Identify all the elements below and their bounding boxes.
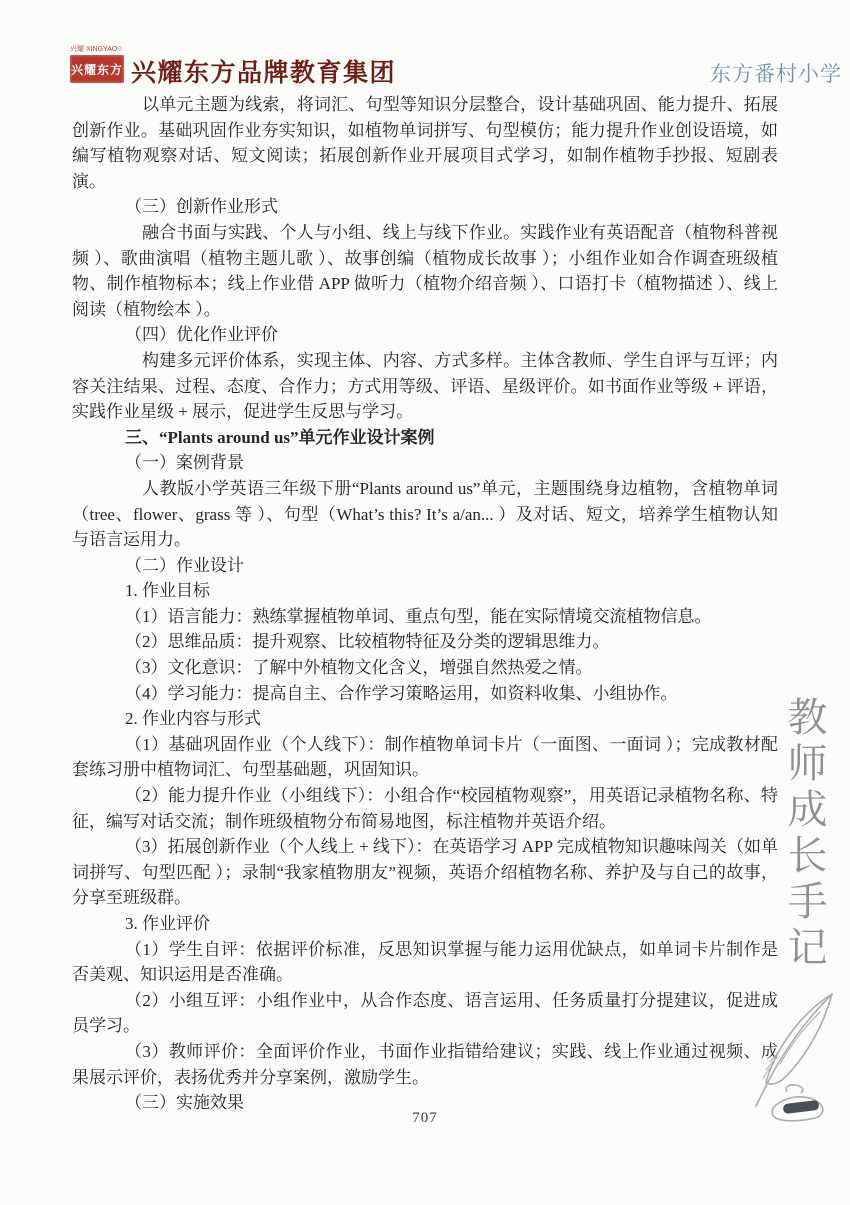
paragraph: 2. 作业内容与形式 <box>72 706 778 732</box>
seal-brand-text: 兴耀 XINGYAO <box>70 46 117 53</box>
quill-ink-icon <box>740 990 846 1128</box>
paragraph: （1）学生自评：依据评价标准，反思知识掌握与能力运用优缺点，如单词卡片制作是否美… <box>72 937 778 988</box>
company-seal-logo: 兴耀 XINGYAO® 兴耀东方 <box>70 46 130 92</box>
section-heading: 三、“Plants around us”单元作业设计案例 <box>72 425 778 451</box>
section-heading: （一）案例背景 <box>72 450 778 476</box>
school-name: 东方番村小学 <box>710 58 842 88</box>
section-heading: （二）作业设计 <box>72 553 778 579</box>
paragraph: 人教版小学英语三年级下册“Plants around us”单元，主题围绕身边植… <box>72 476 778 553</box>
paragraph: （4）学习能力：提高自主、合作学习策略运用，如资料收集、小组协作。 <box>72 681 778 707</box>
seal-brand-small: 兴耀 XINGYAO® <box>70 46 130 54</box>
paragraph: 构建多元评价体系，实现主体、内容、方式多样。主体含教师、学生自评与互评；内容关注… <box>72 348 778 425</box>
paragraph: （2）小组互评：小组作业中，从合作态度、语言运用、任务质量打分提建议，促进成员学… <box>72 988 778 1039</box>
section-heading: （四）优化作业评价 <box>72 322 778 348</box>
paragraph: 融合书面与实践、个人与小组、线上与线下作业。实践作业有英语配音（植物科普视频 ）… <box>72 220 778 322</box>
paragraph: （2）能力提升作业（小组线下）：小组合作“校园植物观察”，用英语记录植物名称、特… <box>72 783 778 834</box>
paragraph: （3）拓展创新作业（个人线上 + 线下）：在英语学习 APP 完成植物知识趣味闯… <box>72 834 778 911</box>
paragraph: 3. 作业评价 <box>72 911 778 937</box>
paragraph: （3）文化意识：了解中外植物文化含义，增强自然热爱之情。 <box>72 655 778 681</box>
vertical-calligraphy-note: 教师成长手记 <box>776 696 833 986</box>
paragraph: 1. 作业目标 <box>72 578 778 604</box>
paragraph: （1）基础巩固作业（个人线下）：制作植物单词卡片（一面图、一面词 ）；完成教材配… <box>72 732 778 783</box>
paragraph: （1）语言能力：熟练掌握植物单词、重点句型，能在实际情境交流植物信息。 <box>72 604 778 630</box>
document-page: 兴耀 XINGYAO® 兴耀东方 兴耀东方品牌教育集团 东方番村小学 以单元主题… <box>0 0 850 1205</box>
paragraph: （2）思维品质：提升观察、比较植物特征及分类的逻辑思维力。 <box>72 629 778 655</box>
paragraph: （3）教师评价：全面评价作业，书面作业指错给建议；实践、线上作业通过视频、成果展… <box>72 1039 778 1090</box>
section-heading: （三）创新作业形式 <box>72 194 778 220</box>
registered-trademark-icon: ® <box>117 47 121 53</box>
company-name: 兴耀东方品牌教育集团 <box>131 53 396 89</box>
page-number: 707 <box>72 1110 778 1127</box>
document-body: 以单元主题为线索，将词汇、句型等知识分层整合，设计基础巩固、能力提升、拓展创新作… <box>72 92 778 1116</box>
paragraph: 以单元主题为线索，将词汇、句型等知识分层整合，设计基础巩固、能力提升、拓展创新作… <box>72 92 778 194</box>
seal-stamp-icon: 兴耀东方 <box>70 55 124 83</box>
